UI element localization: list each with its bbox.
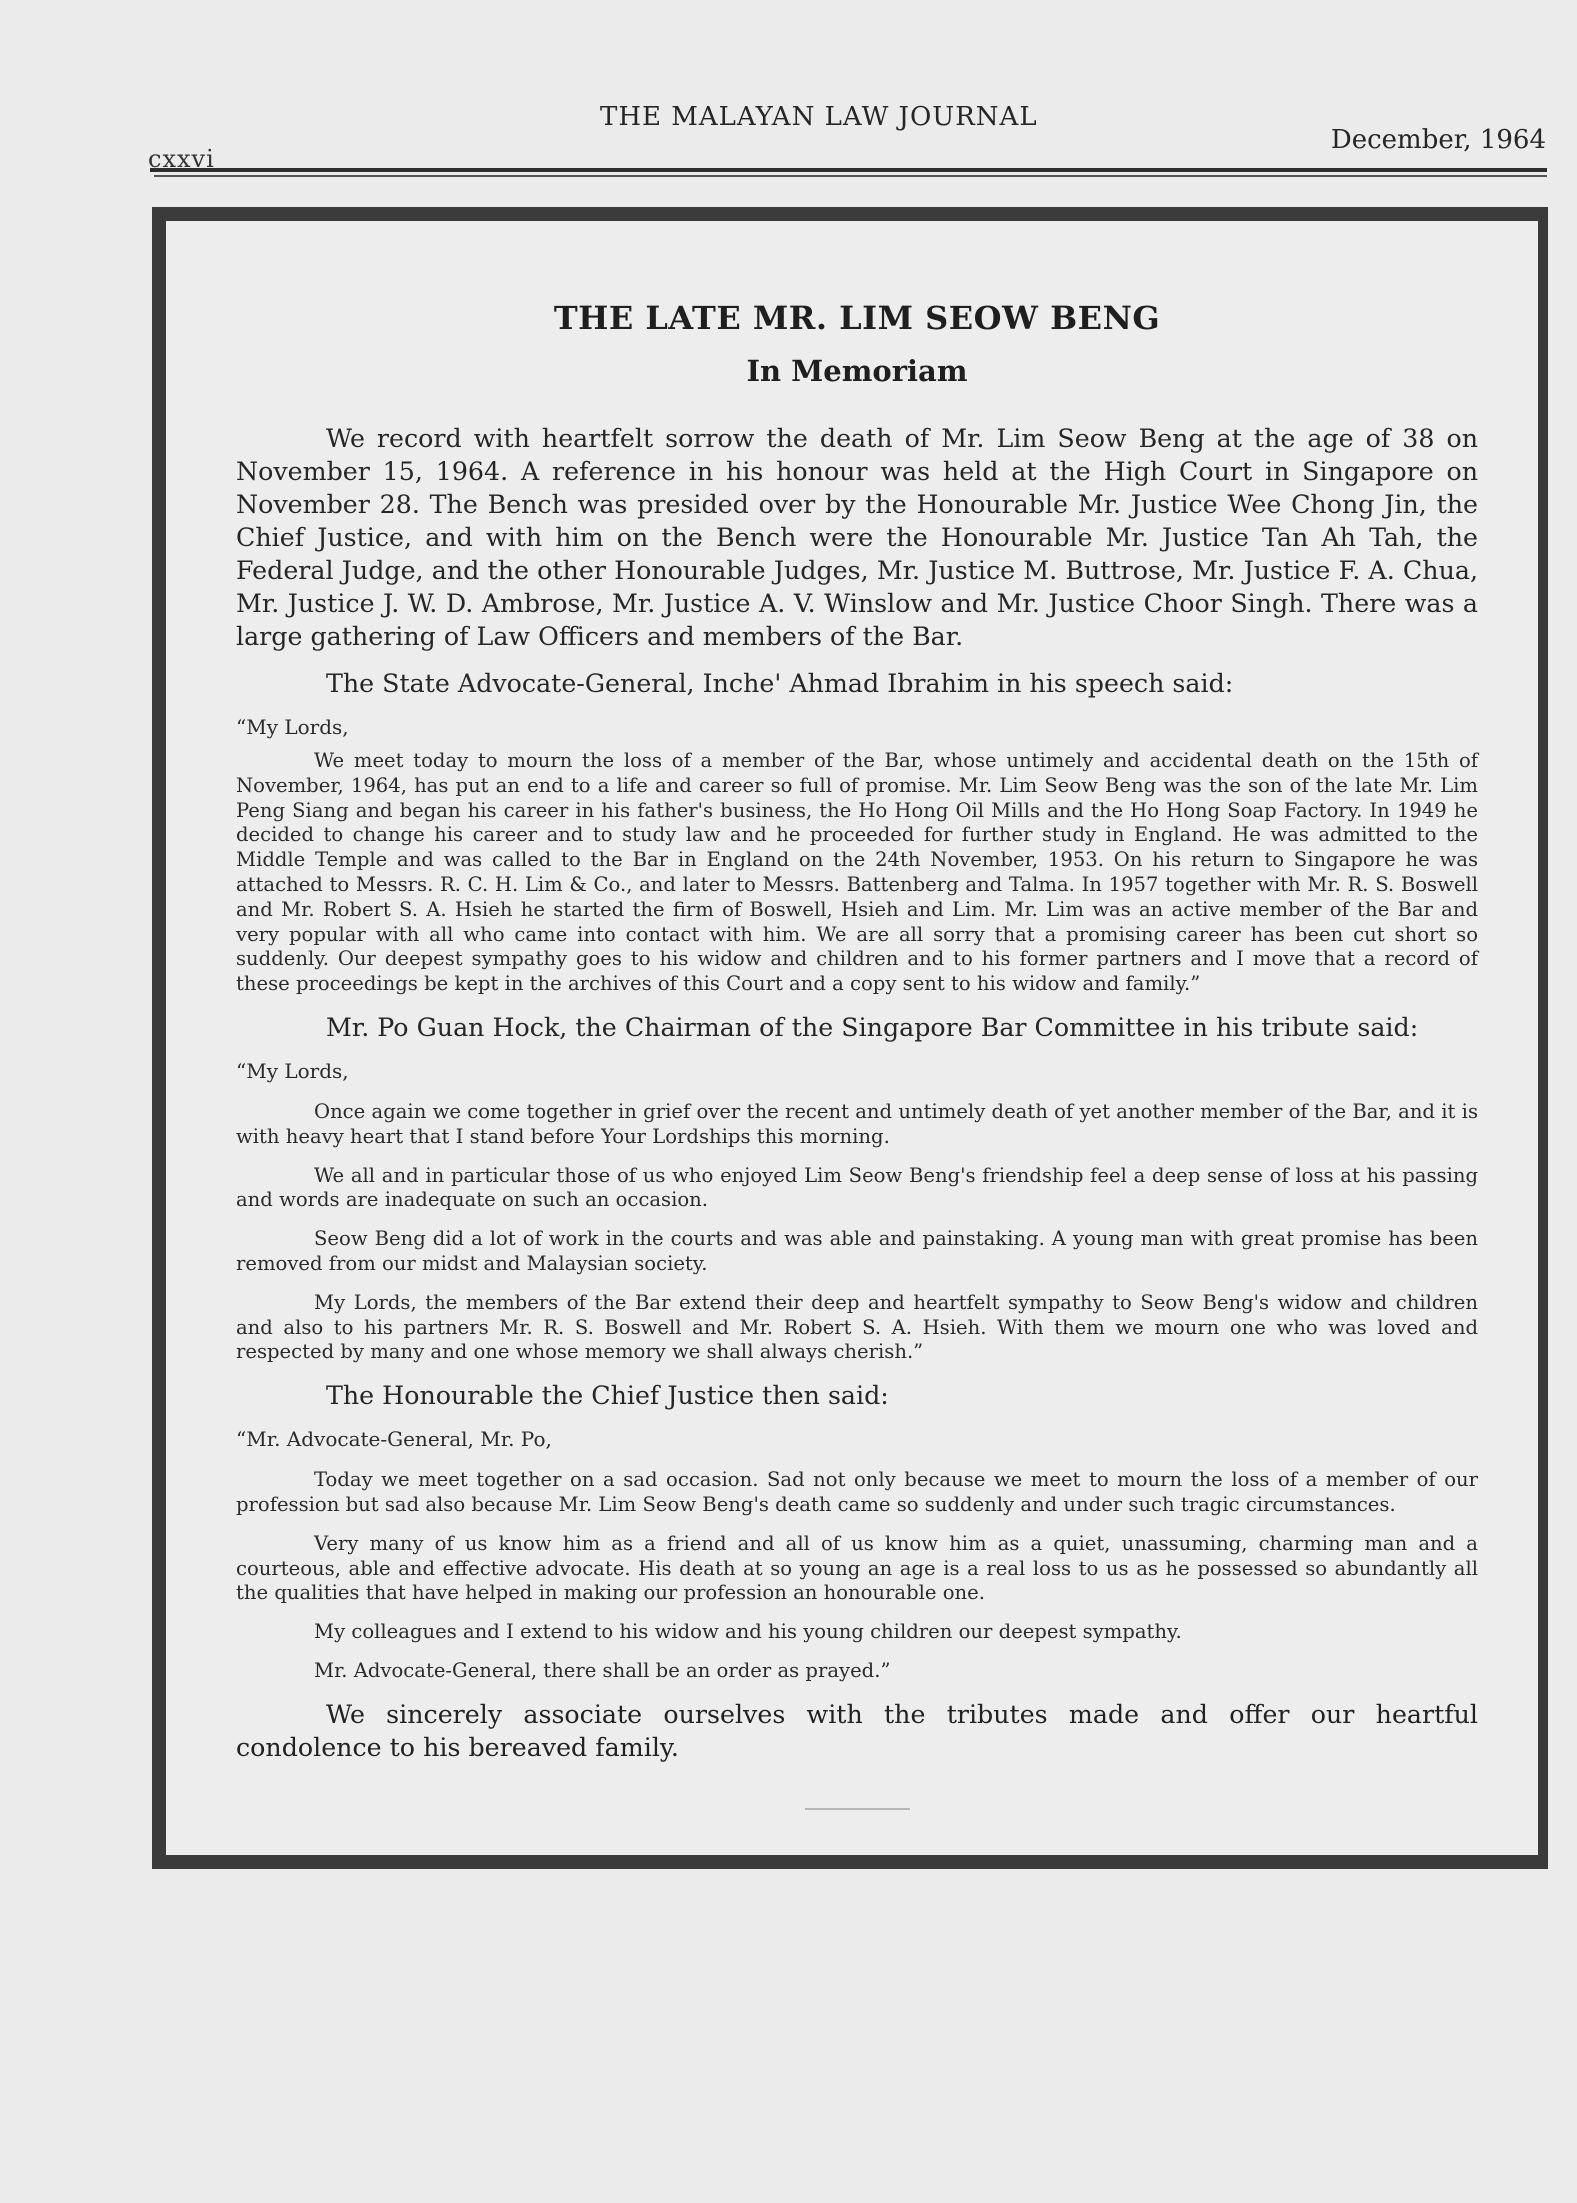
divider-dash xyxy=(805,1808,910,1810)
closing-paragraph: We sincerely associate ourselves with th… xyxy=(236,1698,1478,1764)
speech-paragraph: My Lords, the members of the Bar extend … xyxy=(236,1291,1478,1365)
speech-paragraph: Mr. Advocate-General, there shall be an … xyxy=(236,1659,1478,1684)
memoriam-content: THE LATE MR. LIM SEOW BENG In Memoriam W… xyxy=(236,221,1478,1789)
speech-introduction: The State Advocate-General, Inche' Ahmad… xyxy=(236,667,1478,700)
speech-paragraph: Seow Beng did a lot of work in the court… xyxy=(236,1227,1478,1277)
issue-date: December, 1964 xyxy=(1331,125,1546,155)
speech-paragraph: My colleagues and I extend to his widow … xyxy=(236,1620,1478,1645)
memoriam-frame: THE LATE MR. LIM SEOW BENG In Memoriam W… xyxy=(152,207,1548,1869)
article-subtitle: In Memoriam xyxy=(236,354,1478,388)
speech-introduction: The Honourable the Chief Justice then sa… xyxy=(236,1379,1478,1412)
speech-salutation: “My Lords, xyxy=(236,714,1478,740)
speech-paragraph: We all and in particular those of us who… xyxy=(236,1164,1478,1214)
speech-salutation: “My Lords, xyxy=(236,1058,1478,1084)
speech-paragraph: Very many of us know him as a friend and… xyxy=(236,1532,1478,1606)
journal-title: THE MALAYAN LAW JOURNAL xyxy=(600,102,1038,132)
intro-paragraph: We record with heartfelt sorrow the deat… xyxy=(236,422,1478,653)
speech-paragraph: Today we meet together on a sad occasion… xyxy=(236,1468,1478,1518)
article-title: THE LATE MR. LIM SEOW BENG xyxy=(236,299,1478,337)
header-rule-thick xyxy=(150,168,1547,172)
header-rule-thin xyxy=(154,175,1547,177)
speech-salutation: “Mr. Advocate-General, Mr. Po, xyxy=(236,1426,1478,1452)
speech-paragraph: We meet today to mourn the loss of a mem… xyxy=(236,749,1478,997)
header-rule xyxy=(150,168,1547,180)
speech-introduction: Mr. Po Guan Hock, the Chairman of the Si… xyxy=(236,1011,1478,1044)
speech-paragraph: Once again we come together in grief ove… xyxy=(236,1100,1478,1150)
